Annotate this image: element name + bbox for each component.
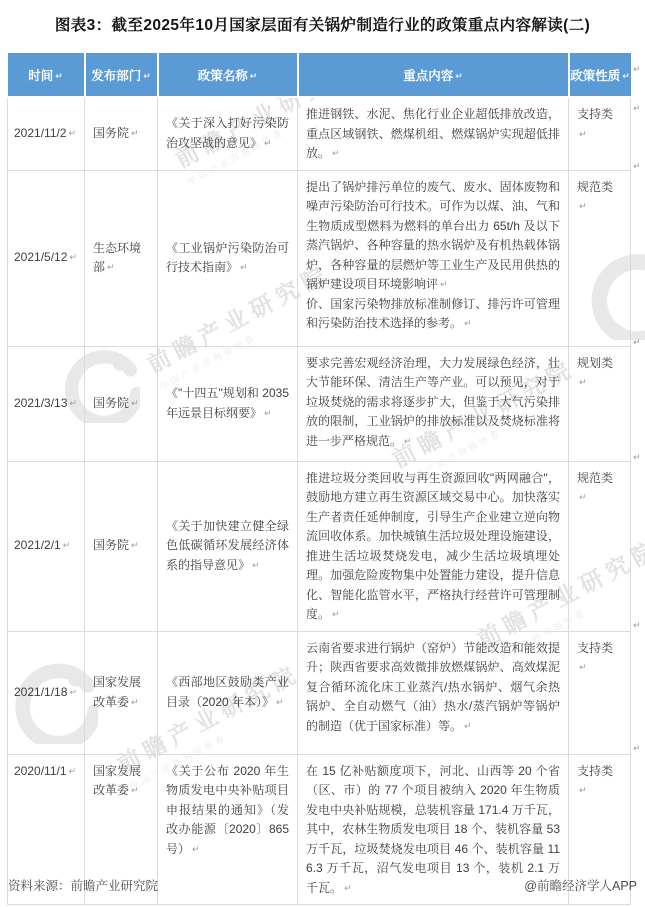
cell-policy-nature: 规范类 — [569, 170, 631, 346]
figure-footer: 资料来源：前瞻产业研究院 @前瞻经济学人APP — [8, 876, 637, 894]
cell-department: 国务院 — [85, 461, 158, 631]
row-end-mark: ↵ — [633, 64, 641, 75]
cell-policy-name: 《西部地区鼓励类产业目录（2020 年本）》 — [158, 631, 298, 754]
row-end-mark: ↵ — [633, 103, 641, 114]
report-figure-page: 前瞻产业研究院 中国产业咨询领导者 前瞻产业研究院 中国产业咨询领导者 前瞻产业… — [0, 0, 645, 907]
row-end-mark: ↵ — [633, 337, 641, 348]
cell-policy-name: 《"十四五"规划和 2035 年远景目标纲要》 — [158, 346, 298, 461]
cell-date: 2021/11/2 — [8, 97, 85, 170]
row-end-mark: ↵ — [633, 161, 641, 172]
col-header-key-content: 重点内容 — [298, 53, 569, 97]
figure-title: 图表3：截至2025年10月国家层面有关锅炉制造行业的政策重点内容解读(二) — [0, 13, 645, 35]
cell-key-content: 推进钢铁、水泥、焦化行业企业超低排放改造，重点区域钢铁、燃煤机组、燃煤锅炉实现超… — [298, 97, 569, 170]
cell-department: 国务院 — [85, 346, 158, 461]
row-end-mark: ↵ — [633, 743, 641, 754]
row-end-mark: ↵ — [633, 620, 641, 631]
cell-department: 生态环境部 — [85, 170, 158, 346]
cell-date: 2021/1/18 — [8, 631, 85, 754]
cell-key-content: 提出了锅炉排污单位的废气、废水、固体废物和噪声污染防治可行技术。可作为以煤、油、… — [298, 170, 569, 346]
cell-policy-nature: 支持类 — [569, 631, 631, 754]
col-header-time: 时间 — [8, 53, 85, 97]
cell-date: 2021/5/12 — [8, 170, 85, 346]
cell-policy-nature: 规范类 — [569, 461, 631, 631]
table-row: 2021/11/2 国务院 《关于深入打好污染防治攻坚战的意见》 推进钢铁、水泥… — [8, 97, 631, 170]
credit-note: @前瞻经济学人APP — [524, 876, 637, 894]
policy-table: 时间 发布部门 政策名称 重点内容 政策性质 2021/11/2 国务院 《关于… — [7, 53, 631, 905]
row-end-mark: ↵ — [633, 452, 641, 463]
cell-policy-nature: 支持类 — [569, 97, 631, 170]
cell-department: 国家发展改革委 — [85, 631, 158, 754]
table-row: 2021/3/13 国务院 《"十四五"规划和 2035 年远景目标纲要》 要求… — [8, 346, 631, 461]
cell-policy-name: 《关于加快建立健全绿色低碳循环发展经济体系的指导意见》 — [158, 461, 298, 631]
table-header-row: 时间 发布部门 政策名称 重点内容 政策性质 — [8, 53, 631, 97]
table-row: 2021/1/18 国家发展改革委 《西部地区鼓励类产业目录（2020 年本）》… — [8, 631, 631, 754]
col-header-policy-name: 政策名称 — [158, 53, 298, 97]
cell-key-content: 云南省要求进行锅炉（窑炉）节能改造和能效提升；陕西省要求高效微排放燃煤锅炉、高效… — [298, 631, 569, 754]
col-header-department: 发布部门 — [85, 53, 158, 97]
cell-policy-name: 《工业锅炉污染防治可行技术指南》 — [158, 170, 298, 346]
source-note: 资料来源：前瞻产业研究院 — [8, 876, 158, 894]
cell-date: 2021/2/1 — [8, 461, 85, 631]
table-row: 2021/2/1 国务院 《关于加快建立健全绿色低碳循环发展经济体系的指导意见》… — [8, 461, 631, 631]
col-header-policy-nature: 政策性质 — [569, 53, 631, 97]
cell-policy-name: 《关于深入打好污染防治攻坚战的意见》 — [158, 97, 298, 170]
cell-policy-nature: 规划类 — [569, 346, 631, 461]
cell-key-content: 要求完善宏观经济治理，大力发展绿色经济，壮大节能环保、清洁生产等产业。可以预见，… — [298, 346, 569, 461]
cell-date: 2021/3/13 — [8, 346, 85, 461]
table-row: 2021/5/12 生态环境部 《工业锅炉污染防治可行技术指南》 提出了锅炉排污… — [8, 170, 631, 346]
cell-key-content: 推进垃圾分类回收与再生资源回收"两网融合"，鼓励地方建立再生资源区域交易中心。加… — [298, 461, 569, 631]
cell-department: 国务院 — [85, 97, 158, 170]
